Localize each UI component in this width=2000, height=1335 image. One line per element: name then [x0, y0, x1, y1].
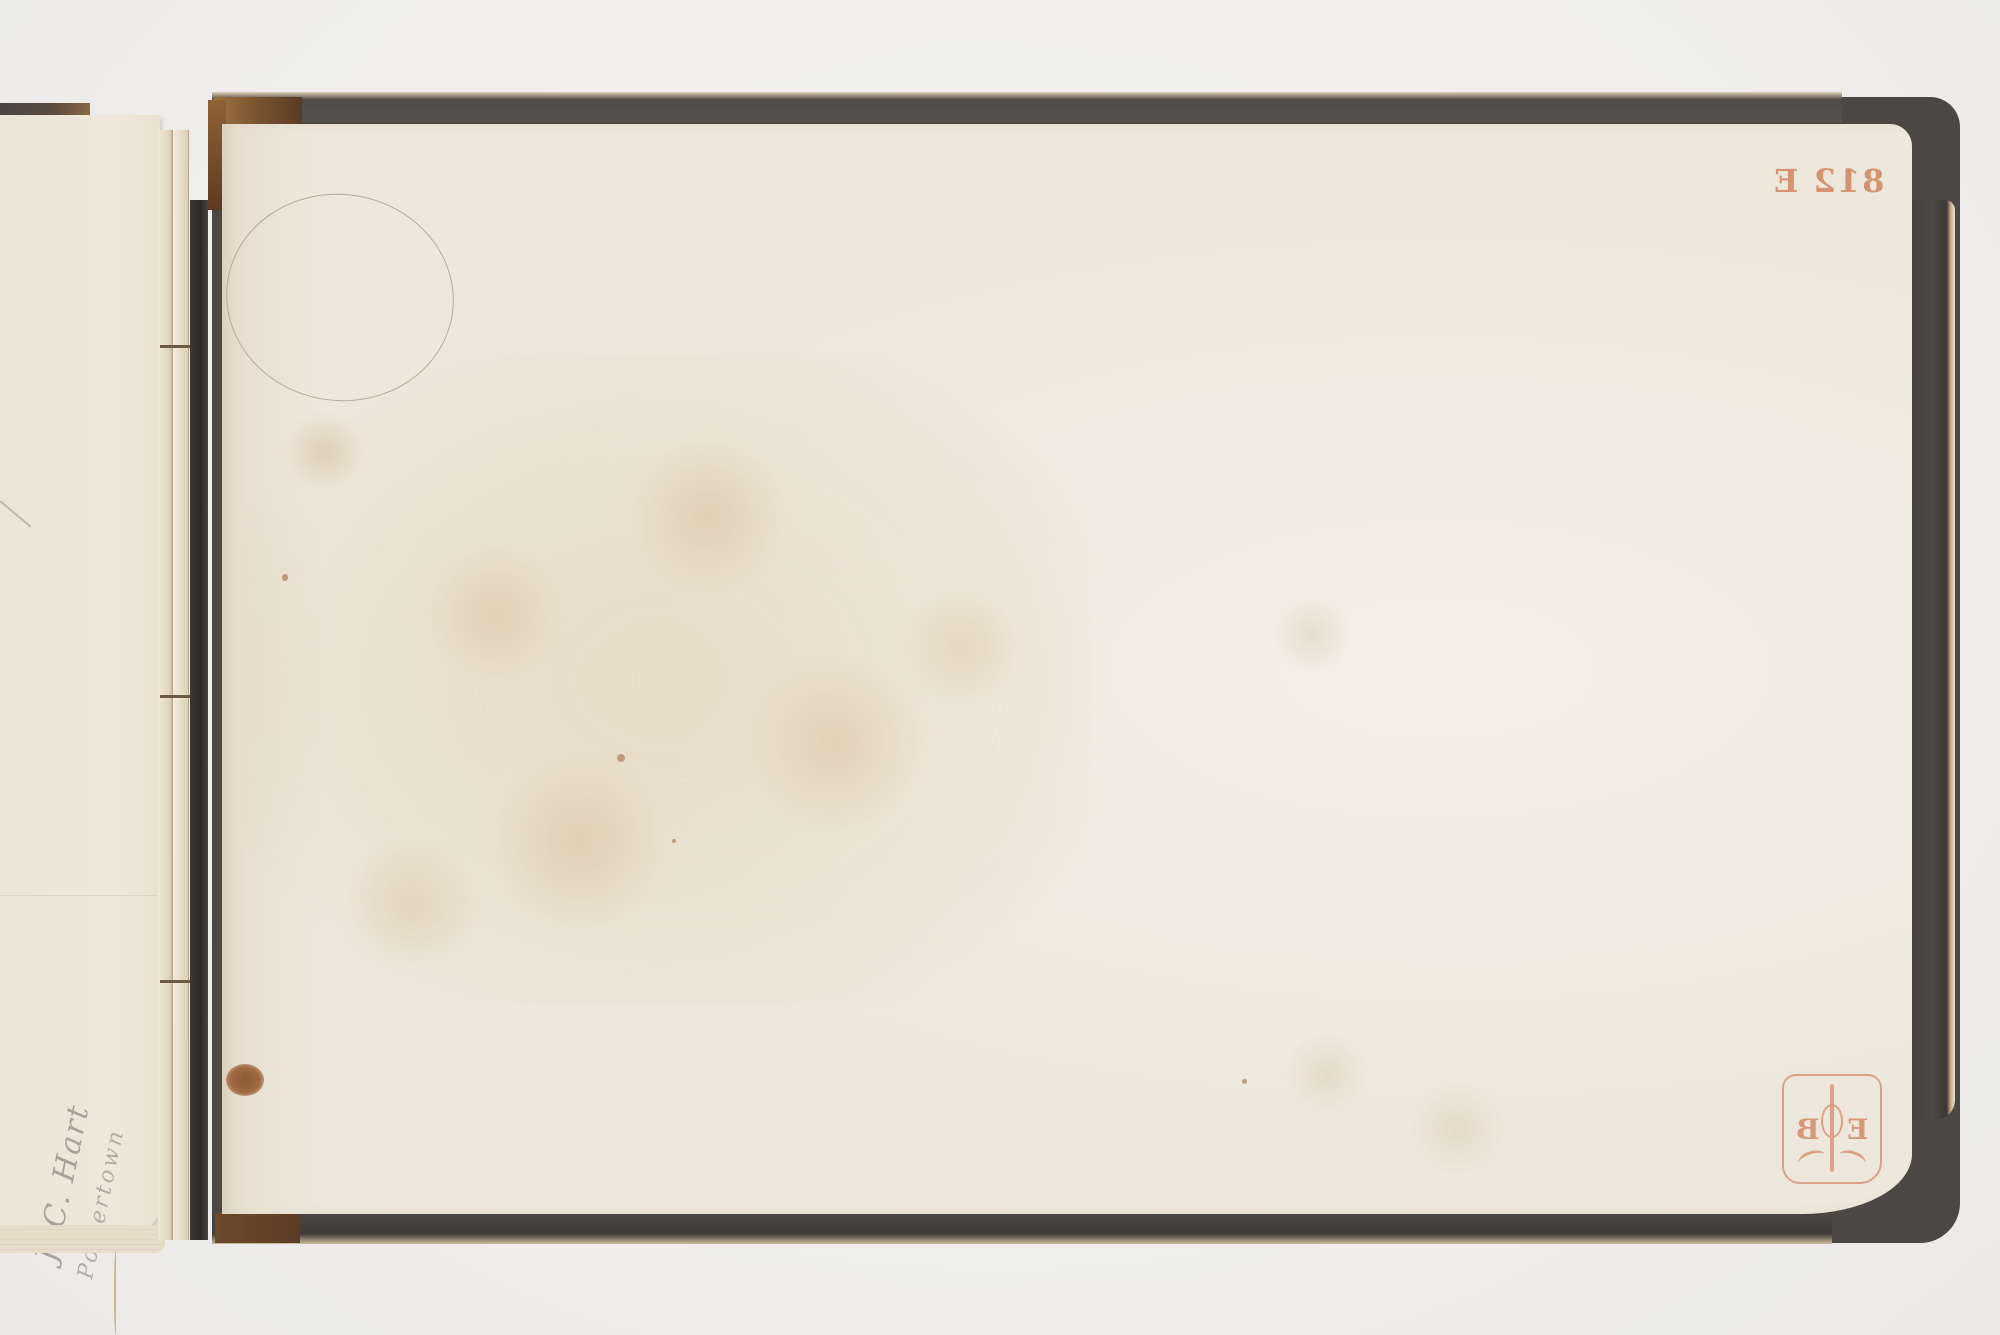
loose-thread: [114, 1250, 119, 1335]
foxing-stain: [240, 354, 1090, 1004]
left-cover-edge: [0, 103, 90, 115]
monogram-wing-icon: [1836, 1147, 1868, 1172]
faint-blot: [1402, 1084, 1512, 1174]
monogram-letter-left: B: [1796, 1113, 1820, 1146]
brown-stain: [226, 1064, 264, 1096]
leather-spine-bottom: [215, 1213, 300, 1243]
monogram-letter-right: E: [1847, 1113, 1868, 1146]
cover-top-edge: [212, 92, 1842, 122]
page-crease: [0, 895, 160, 896]
gutter-strip: [158, 130, 173, 1240]
cover-bottom-edge: [212, 1210, 1832, 1244]
monogram-knot-icon: [1821, 1104, 1843, 1138]
gutter-shadow: [190, 200, 208, 1240]
foxing-spot: [672, 839, 676, 843]
foxing-spot: [1242, 1079, 1247, 1084]
faint-blot: [1272, 594, 1352, 674]
monogram-wing-icon: [1796, 1147, 1828, 1172]
endpaper-page: 812 E B E: [222, 124, 1912, 1214]
sewing-mark: [160, 695, 190, 698]
stamp-number: 812 E: [1772, 162, 1884, 200]
faint-blot: [1282, 1034, 1372, 1114]
foxing-spot: [617, 754, 625, 762]
sewing-mark: [160, 345, 190, 348]
left-page-stack: [0, 1225, 165, 1253]
foxing-spot: [282, 574, 288, 581]
sewing-mark: [160, 980, 190, 983]
monogram-stamp: B E: [1782, 1074, 1882, 1184]
left-page: J. C. Hart Pottertown: [0, 115, 160, 1230]
pencil-stroke: [0, 500, 31, 527]
gutter-strip: [174, 130, 189, 1240]
